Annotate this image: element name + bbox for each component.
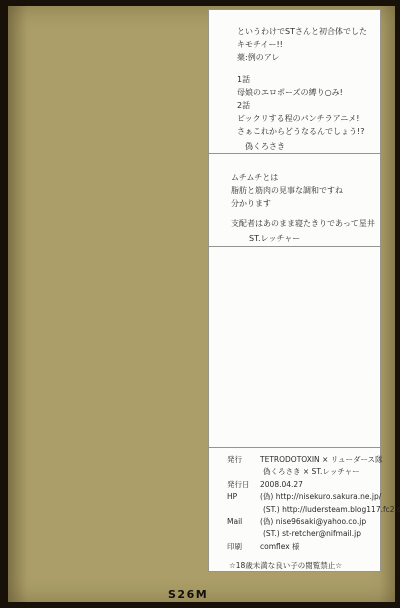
comment-line: 分かります (231, 197, 375, 210)
comment-line: 母娘のエロポーズの縛り○み! (237, 86, 367, 99)
colophon: 発行TETRODOTOXIN × リューダース隊 偽くろさき × ST.レッチャ… (227, 454, 400, 553)
colophon-row: 発行TETRODOTOXIN × リューダース隊 (227, 454, 400, 466)
comment-line: 2話 (237, 99, 367, 112)
colophon-value: 2008.04.27 (260, 480, 303, 489)
signature-nise-kurosaki: 偽くろさき (237, 138, 367, 153)
spacer (231, 210, 375, 217)
comment-line: キモチイー!! (237, 38, 367, 51)
colophon-row: (ST.) http://ludersteam.blog117.fc2.com (227, 504, 400, 516)
colophon-label: 発行日 (227, 479, 260, 491)
comment-line: ムチムチとは (231, 171, 375, 184)
colophon-row: 印刷comflex 様 (227, 541, 400, 553)
comment-line: 1話 (237, 73, 367, 86)
signature-st-retcher: ST.レッチャー (231, 232, 375, 245)
section-divider (209, 246, 380, 247)
comment-line: さぁこれからどうなるんでしょう!? (237, 125, 367, 138)
comment-line: ビックリする程のパンチラアニメ! (237, 112, 367, 125)
colophon-label: 発行 (227, 454, 260, 466)
colophon-row: (ST.) st-retcher@nifmail.jp (227, 528, 400, 540)
colophon-value: (ST.) st-retcher@nifmail.jp (263, 529, 361, 538)
colophon-value: TETRODOTOXIN × リューダース隊 (260, 455, 383, 464)
age-notice: ☆18歳未満な良い子の閲覧禁止☆ (229, 560, 342, 571)
colophon-row: Mail(偽) nise96saki@yahoo.co.jp (227, 516, 400, 528)
comment-line: というわけでSTさんと初合体でした (237, 25, 367, 38)
colophon-value: (偽) http://nisekuro.sakura.ne.jp/ (260, 492, 381, 501)
section-divider (209, 153, 380, 154)
colophon-label: HP (227, 491, 260, 503)
spacer (237, 64, 367, 73)
colophon-row: 偽くろさき × ST.レッチャー (227, 466, 400, 478)
comment-line: 脂肪と筋肉の見事な調和ですね (231, 184, 375, 197)
comment-block-1: というわけでSTさんと初合体でした キモチイー!! 薬:例のアレ 1話 母娘のエ… (237, 25, 367, 153)
colophon-value: comflex 様 (260, 542, 300, 551)
comment-block-2: ムチムチとは 脂肪と筋肉の見事な調和ですね 分かります 支配者はあのまま寝たきり… (231, 171, 375, 245)
scanned-afterword-page: というわけでSTさんと初合体でした キモチイー!! 薬:例のアレ 1話 母娘のエ… (0, 0, 400, 608)
page-code: S26M (168, 588, 208, 601)
colophon-value: (偽) nise96saki@yahoo.co.jp (260, 517, 366, 526)
colophon-row: HP(偽) http://nisekuro.sakura.ne.jp/ (227, 491, 400, 503)
colophon-value: (ST.) http://ludersteam.blog117.fc2.com (263, 505, 400, 514)
comment-line: 薬:例のアレ (237, 51, 367, 64)
afterword-panel: というわけでSTさんと初合体でした キモチイー!! 薬:例のアレ 1話 母娘のエ… (208, 9, 381, 572)
colophon-row: 発行日2008.04.27 (227, 479, 400, 491)
colophon-label: 印刷 (227, 541, 260, 553)
colophon-value: 偽くろさき × ST.レッチャー (263, 467, 360, 476)
colophon-label: Mail (227, 516, 260, 528)
comment-line: 支配者はあのまま寝たきりであって星井 (231, 217, 375, 230)
section-divider (209, 447, 380, 448)
